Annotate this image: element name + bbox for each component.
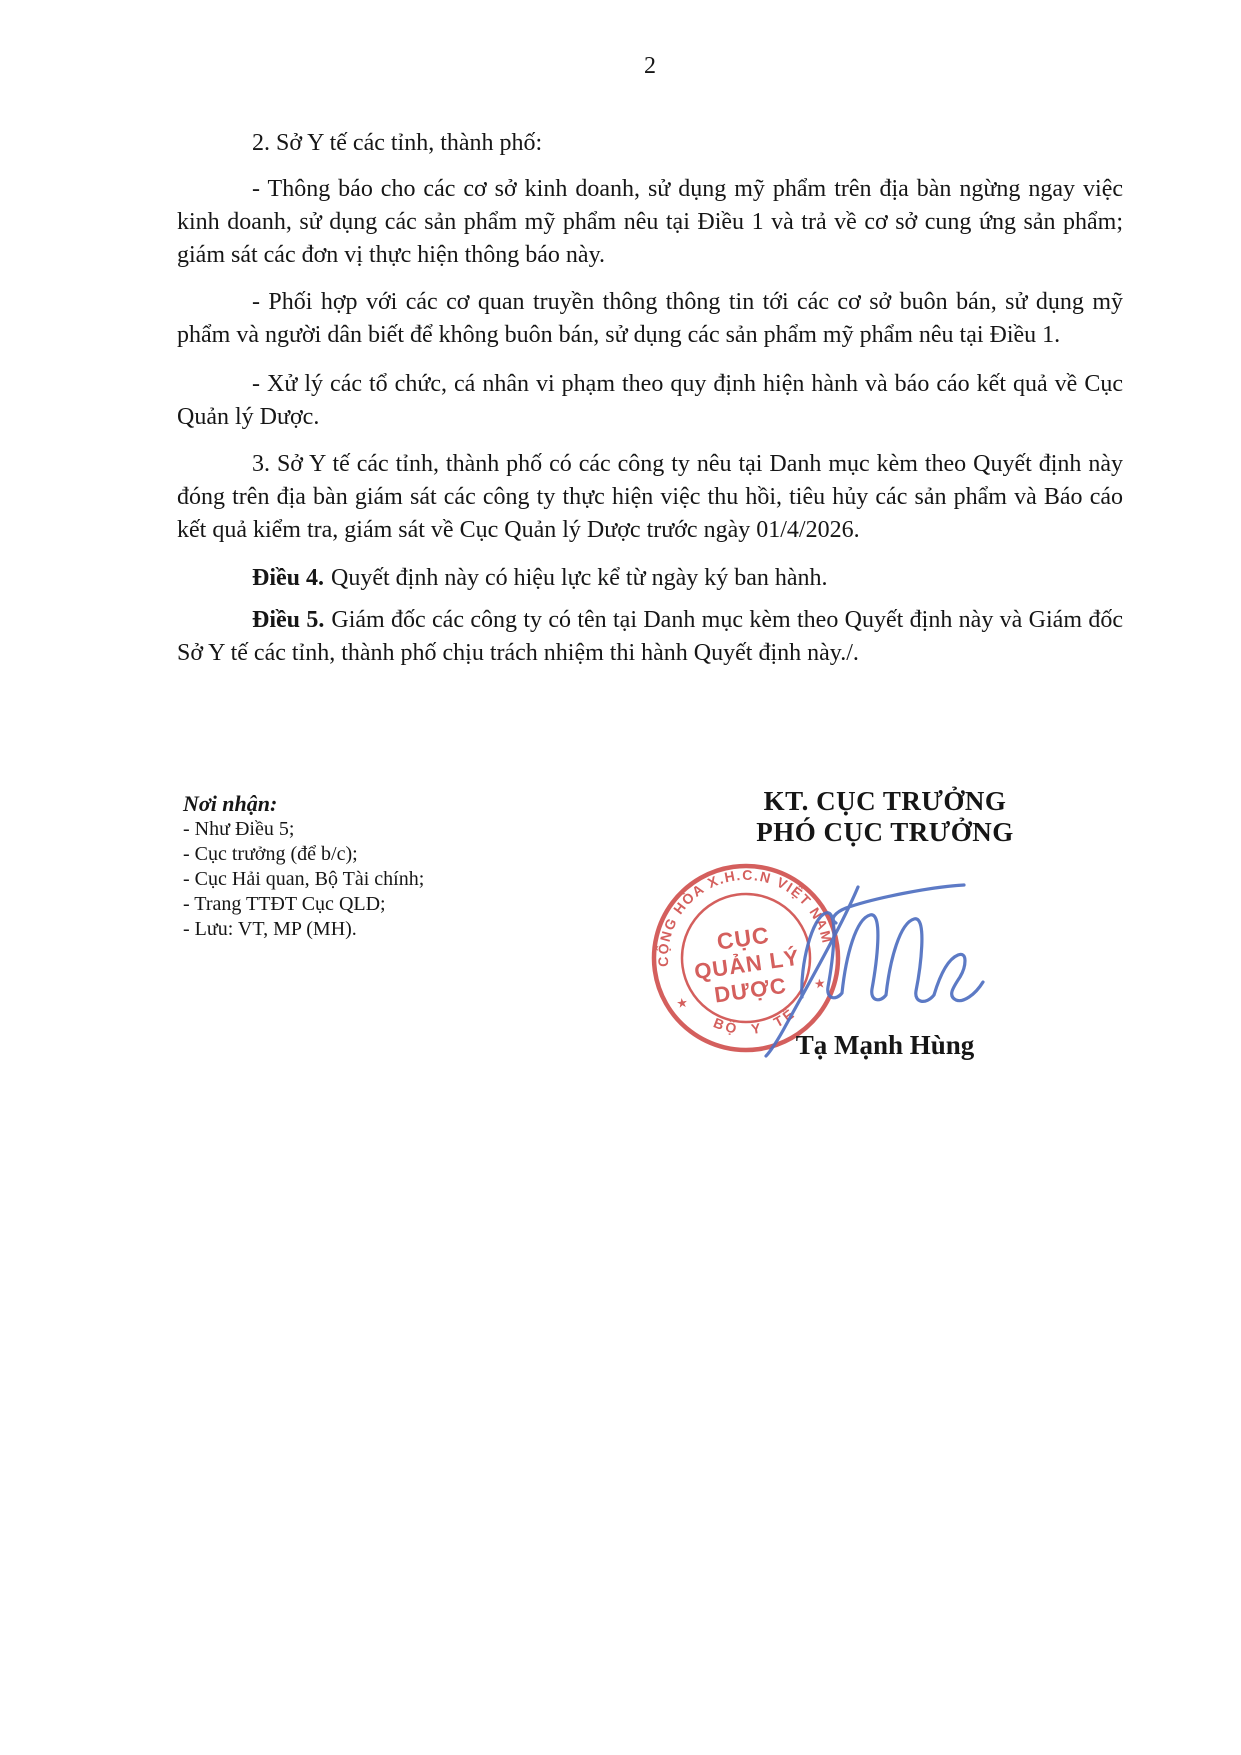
- paragraph-phoi-hop: - Phối hợp với các cơ quan truyền thông …: [177, 286, 1123, 352]
- article-4: Điều 4.Quyết định này có hiệu lực kể từ …: [177, 562, 1123, 595]
- recipients-block: Nơi nhận: - Như Điều 5; - Cục trưởng (để…: [183, 790, 613, 942]
- recipient-item: - Như Điều 5;: [183, 817, 613, 842]
- document-body: 2. Sở Y tế các tỉnh, thành phố: - Thông …: [177, 127, 1123, 670]
- signature-loops-stroke: [802, 913, 983, 1002]
- article-5: Điều 5.Giám đốc các công ty có tên tại D…: [177, 604, 1123, 670]
- article-5-lead: Điều 5.: [252, 607, 324, 633]
- recipients-label: Nơi nhận:: [183, 790, 613, 817]
- recipient-item: - Cục Hải quan, Bộ Tài chính;: [183, 867, 613, 892]
- recipient-item: - Trang TTĐT Cục QLD;: [183, 892, 613, 917]
- signature-title-line2: PHÓ CỤC TRƯỞNG: [690, 817, 1080, 848]
- article-4-text: Quyết định này có hiệu lực kể từ ngày ký…: [331, 565, 828, 591]
- recipient-item: - Cục trưởng (để b/c);: [183, 842, 613, 867]
- article-4-lead: Điều 4.: [252, 565, 324, 591]
- page-number: 2: [177, 50, 1123, 83]
- signature-title-line1: KT. CỤC TRƯỞNG: [690, 786, 1080, 817]
- signer-name: Tạ Mạnh Hùng: [690, 1030, 1080, 1061]
- recipient-item: - Lưu: VT, MP (MH).: [183, 917, 613, 942]
- paragraph-xu-ly: - Xử lý các tổ chức, cá nhân vi phạm the…: [177, 368, 1123, 434]
- signature-top-stroke: [833, 885, 964, 923]
- section-2-heading: 2. Sở Y tế các tỉnh, thành phố:: [177, 127, 1123, 160]
- paragraph-section-3: 3. Sở Y tế các tỉnh, thành phố có các cô…: [177, 448, 1123, 547]
- signature-title-block: KT. CỤC TRƯỞNG PHÓ CỤC TRƯỞNG: [690, 786, 1080, 848]
- stamp-star-left-icon: ★: [675, 995, 689, 1011]
- paragraph-thong-bao: - Thông báo cho các cơ sở kinh doanh, sử…: [177, 173, 1123, 272]
- document-page: 2 2. Sở Y tế các tỉnh, thành phố: - Thôn…: [0, 0, 1241, 1755]
